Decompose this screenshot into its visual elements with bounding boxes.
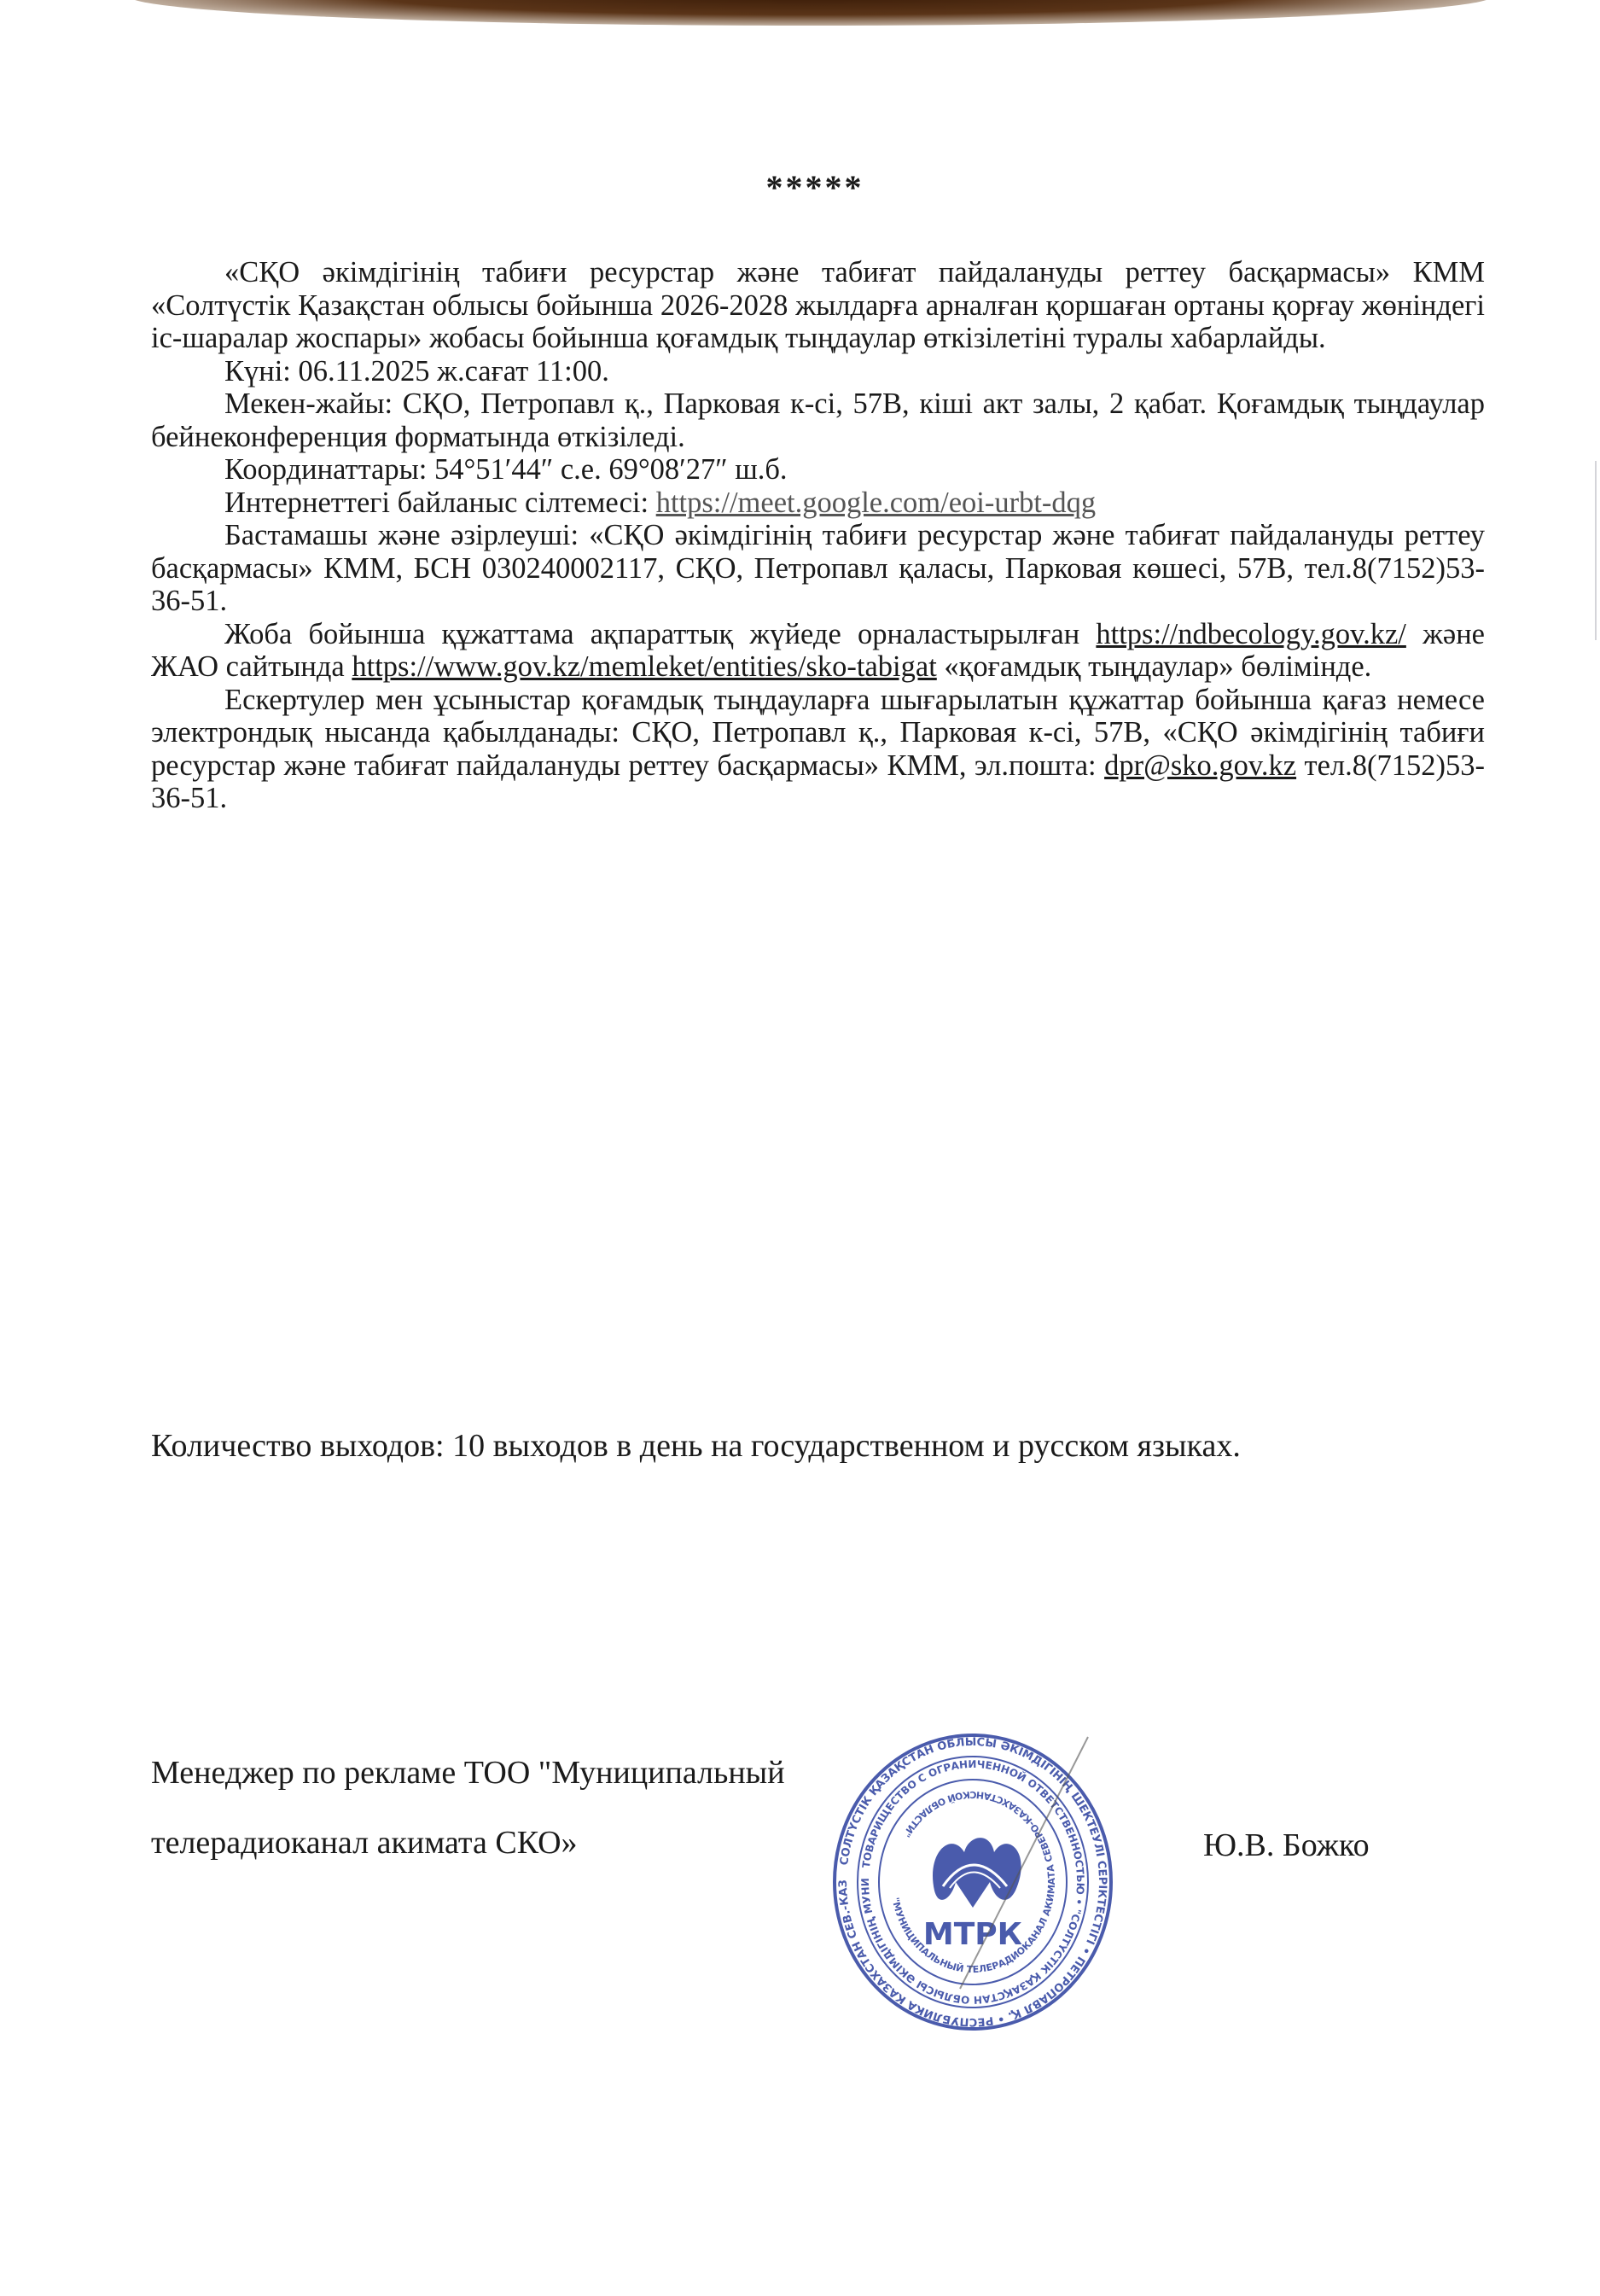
signature-title-line2: телерадиоканал акимата СКО» — [151, 1824, 578, 1862]
signature-title-line1: Менеджер по рекламе ТОО "Муниципальный — [151, 1754, 785, 1792]
intro-paragraph: «СҚО әкімдігінің табиғи ресурстар және т… — [151, 256, 1485, 355]
section-separator: ***** — [0, 167, 1600, 207]
email-link[interactable]: dpr@sko.gov.kz — [1104, 749, 1296, 782]
docs-text-after: «қоғамдық тыңдаулар» бөлімінде. — [937, 650, 1372, 683]
gov-kz-link[interactable]: https://www.gov.kz/memleket/entities/sko… — [352, 650, 936, 683]
date-paragraph: Күні: 06.11.2025 ж.сағат 11:00. — [151, 355, 1485, 388]
meeting-paragraph: Интернеттегі байланыс сілтемесі: https:/… — [151, 487, 1485, 520]
announcement-body: «СҚО әкімдігінің табиғи ресурстар және т… — [151, 256, 1485, 815]
scan-top-shadow — [128, 0, 1493, 26]
stamp-logo-text: МТРК — [923, 1917, 1022, 1952]
address-paragraph: Мекен-жайы: СҚО, Петропавл қ., Парковая … — [151, 388, 1485, 453]
meeting-link[interactable]: https://meet.google.com/eoi-urbt-dqg — [656, 487, 1096, 519]
scan-edge-mark — [1595, 461, 1597, 640]
documentation-paragraph: Жоба бойынша құжаттама ақпараттық жүйеде… — [151, 618, 1485, 684]
stamp-seal-icon: СОЛТҮСТІК ҚАЗАҚСТАН ОБЛЫСЫ ӘКІМДІГІНІҢ Ш… — [832, 1733, 1114, 2031]
ndbecology-link[interactable]: https://ndbecology.gov.kz/ — [1096, 618, 1405, 650]
initiator-paragraph: Бастамашы және әзірлеуші: «СҚО әкімдігін… — [151, 519, 1485, 618]
comments-paragraph: Ескертулер мен ұсыныстар қоғамдық тыңдау… — [151, 684, 1485, 815]
broadcast-count: Количество выходов: 10 выходов в день на… — [151, 1427, 1241, 1465]
docs-text-before: Жоба бойынша құжаттама ақпараттық жүйеде… — [224, 618, 1096, 650]
signer-name: Ю.В. Божко — [1203, 1827, 1370, 1864]
coordinates-paragraph: Координаттары: 54°51′44″ с.е. 69°08′27″ … — [151, 453, 1485, 487]
meeting-label: Интернеттегі байланыс сілтемесі: — [224, 487, 656, 519]
